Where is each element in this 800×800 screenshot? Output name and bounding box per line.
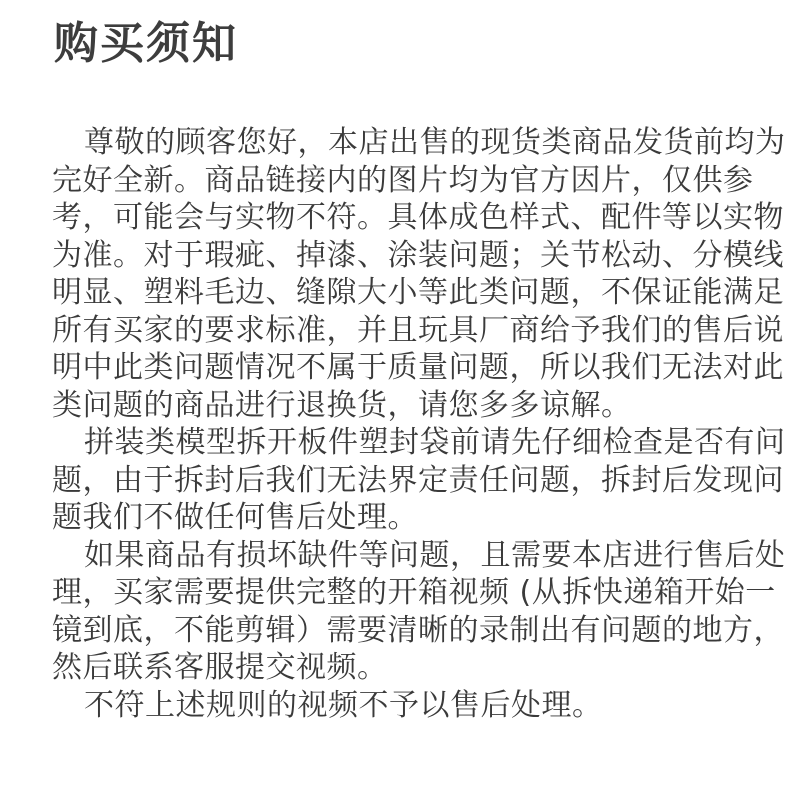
notice-body: 尊敬的顾客您好，本店出售的现货类商品发货前均为 完好全新。商品链接内的图片均为官… [52, 124, 752, 724]
text-line: 所有买家的要求标准，并且玩具厂商给予我们的售后说 [52, 312, 752, 350]
text-line: 考，可能会与实物不符。具体成色样式、配件等以实物 [52, 199, 752, 237]
text-line: 完好全新。商品链接内的图片均为官方因片，仅供参 [52, 162, 752, 200]
text-line: 拼装类模型拆开板件塑封袋前请先仔细检查是否有问 [52, 424, 752, 462]
text-line: 理，买家需要提供完整的开箱视频 (从拆快递箱开始一 [52, 574, 752, 612]
page-title: 购买须知 [54, 14, 238, 74]
text-line: 题，由于拆封后我们无法界定责任问题，拆封后发现问 [52, 462, 752, 500]
text-line: 明中此类问题情况不属于质量问题，所以我们无法对此 [52, 349, 752, 387]
text-line: 明显、塑料毛边、缝隙大小等此类问题，不保证能满足 [52, 274, 752, 312]
text-line: 然后联系客服提交视频。 [52, 649, 752, 687]
text-line: 镜到底，不能剪辑）需要清晰的录制出有问题的地方， [52, 612, 752, 650]
paragraph-model-kits: 拼装类模型拆开板件塑封袋前请先仔细检查是否有问 题，由于拆封后我们无法界定责任问… [52, 424, 752, 537]
paragraph-damage-claims: 如果商品有损坏缺件等问题，且需要本店进行售后处 理，买家需要提供完整的开箱视频 … [52, 537, 752, 687]
text-line: 尊敬的顾客您好，本店出售的现货类商品发货前均为 [52, 124, 752, 162]
text-line: 不符上述规则的视频不予以售后处理。 [52, 687, 752, 725]
text-line: 类问题的商品进行退换货，请您多多谅解。 [52, 387, 752, 425]
text-line: 题我们不做任何售后处理。 [52, 499, 752, 537]
text-line: 为准。对于瑕疵、掉漆、涂装问题；关节松动、分模线 [52, 237, 752, 275]
paragraph-return-policy: 尊敬的顾客您好，本店出售的现货类商品发货前均为 完好全新。商品链接内的图片均为官… [52, 124, 752, 424]
paragraph-video-rule: 不符上述规则的视频不予以售后处理。 [52, 687, 752, 725]
text-line: 如果商品有损坏缺件等问题，且需要本店进行售后处 [52, 537, 752, 575]
